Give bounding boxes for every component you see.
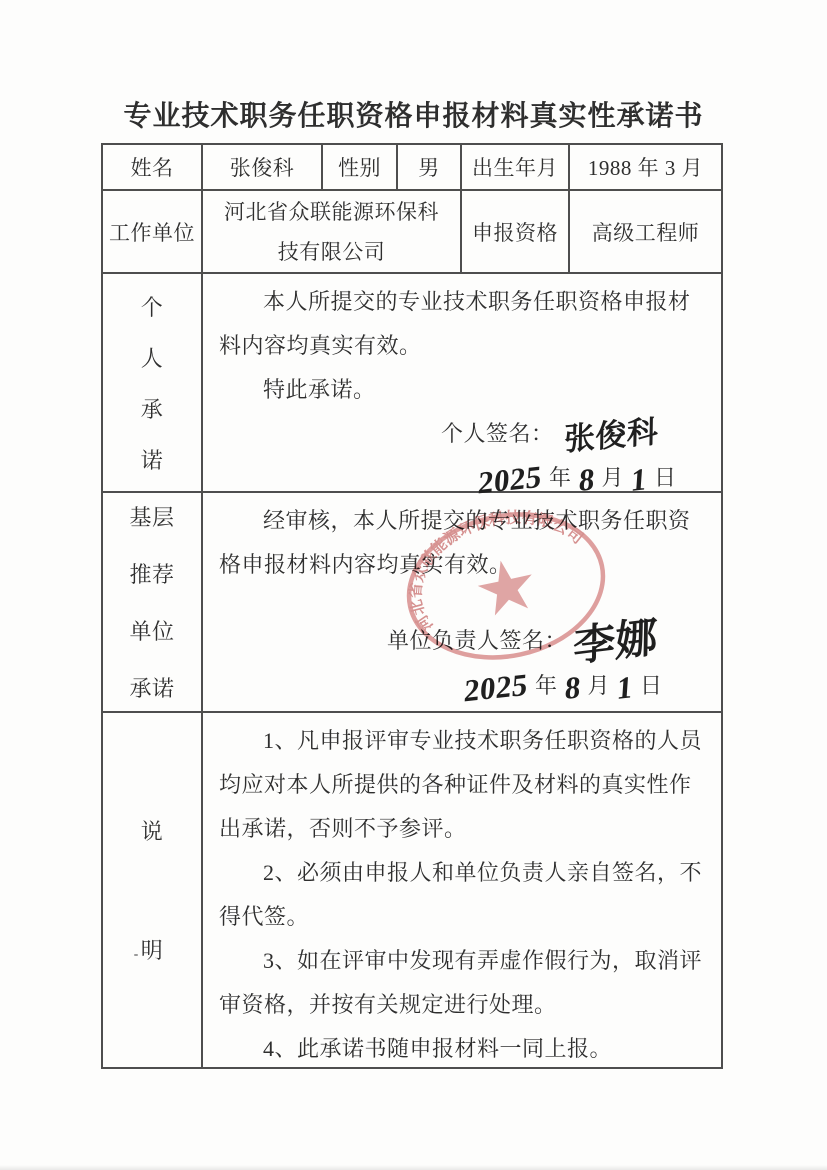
month-label: 月 <box>602 465 625 490</box>
name-label: 姓名 <box>103 145 203 191</box>
scan-speck <box>134 954 138 956</box>
day-label: 日 <box>654 465 677 490</box>
work-unit-value: 河北省众联能源环保科技有限公司 <box>203 191 462 274</box>
personal-commitment-body2: 特此承诺。 <box>219 368 705 412</box>
qualification-value: 高级工程师 <box>570 191 721 274</box>
label-pair: 推荐 <box>129 558 174 589</box>
label-char: 个 <box>141 291 164 322</box>
name-value: 张俊科 <box>203 145 323 191</box>
birth-value: 1988 年 3 月 <box>570 145 721 191</box>
day-label: 日 <box>640 673 663 698</box>
work-unit-text: 河北省众联能源环保科技有限公司 <box>217 192 447 272</box>
form-table: 姓名 张俊科 性别 男 出生年月 1988 年 3 月 工作单位 河北省众联能源… <box>101 143 723 1069</box>
scan-edge-shade <box>0 1165 827 1170</box>
label-char: 明 <box>141 934 164 965</box>
label-pair: 基层 <box>129 501 174 532</box>
unit-date-line: 2025年8月1日 <box>457 664 705 708</box>
month-label: 月 <box>588 673 611 698</box>
unit-commitment-section-label: 基层 推荐 单位 承诺 <box>103 493 203 713</box>
notes-content: 1、凡申报评审专业技术职务任职资格的人员均应对本人所提供的各种证件及材料的真实性… <box>203 713 721 1067</box>
note-item-3: 3、如在评审中发现有弄虚作假行为，取消评审资格，并按有关规定进行处理。 <box>219 939 705 1027</box>
gender-value: 男 <box>398 145 462 191</box>
year-label: 年 <box>535 673 558 698</box>
birth-label: 出生年月 <box>462 145 570 191</box>
personal-date-month-handwriting: 8 <box>577 463 595 496</box>
qualification-label: 申报资格 <box>462 191 570 274</box>
unit-date-day-handwriting: 1 <box>616 671 634 704</box>
label-char: 诺 <box>141 444 164 475</box>
label-pair: 承诺 <box>129 672 174 703</box>
unit-commitment-content: 经审核，本人所提交的专业技术职务任职资格申报材料内容均真实有效。 单位负责人签名… <box>203 493 721 713</box>
personal-commitment-section-label: 个 人 承 诺 <box>103 274 203 493</box>
scanned-commitment-form: 专业技术职务任职资格申报材料真实性承诺书 姓名 张俊科 性别 男 出生年月 19… <box>0 0 827 1170</box>
work-unit-label: 工作单位 <box>103 191 203 274</box>
personal-commitment-body: 本人所提交的专业技术职务任职资格申报材料内容均真实有效。 <box>219 280 705 368</box>
unit-signature-handwriting: 李娜 <box>573 617 658 670</box>
personal-signature-handwriting: 张俊科 <box>563 416 658 455</box>
unit-signature-line: 单位负责人签名：李娜 <box>387 619 705 664</box>
document-title: 专业技术职务任职资格申报材料真实性承诺书 <box>0 94 827 134</box>
unit-commitment-body: 经审核，本人所提交的专业技术职务任职资格申报材料内容均真实有效。 <box>219 499 705 587</box>
note-item-4: 4、此承诺书随申报材料一同上报。 <box>219 1027 705 1071</box>
personal-date-year-handwriting: 2025 <box>477 461 543 499</box>
personal-commitment-content: 本人所提交的专业技术职务任职资格申报材料内容均真实有效。 特此承诺。 个人签名：… <box>203 274 721 493</box>
personal-date-day-handwriting: 1 <box>630 463 648 496</box>
year-label: 年 <box>549 465 572 490</box>
label-pair: 单位 <box>129 615 174 646</box>
notes-section-label: 说 明 <box>103 713 203 1067</box>
personal-signature-line: 个人签名：张俊科 <box>441 412 705 456</box>
personal-sign-label: 个人签名： <box>441 421 554 446</box>
unit-date-month-handwriting: 8 <box>563 671 581 704</box>
label-char: 说 <box>141 815 164 846</box>
note-item-1: 1、凡申报评审专业技术职务任职资格的人员均应对本人所提供的各种证件及材料的真实性… <box>219 719 705 851</box>
label-char: 承 <box>141 393 164 424</box>
note-item-2: 2、必须由申报人和单位负责人亲自签名，不得代签。 <box>219 851 705 939</box>
unit-date-year-handwriting: 2025 <box>463 669 529 707</box>
unit-sign-label: 单位负责人签名： <box>387 628 567 653</box>
gender-label: 性别 <box>323 145 398 191</box>
label-char: 人 <box>141 342 164 373</box>
